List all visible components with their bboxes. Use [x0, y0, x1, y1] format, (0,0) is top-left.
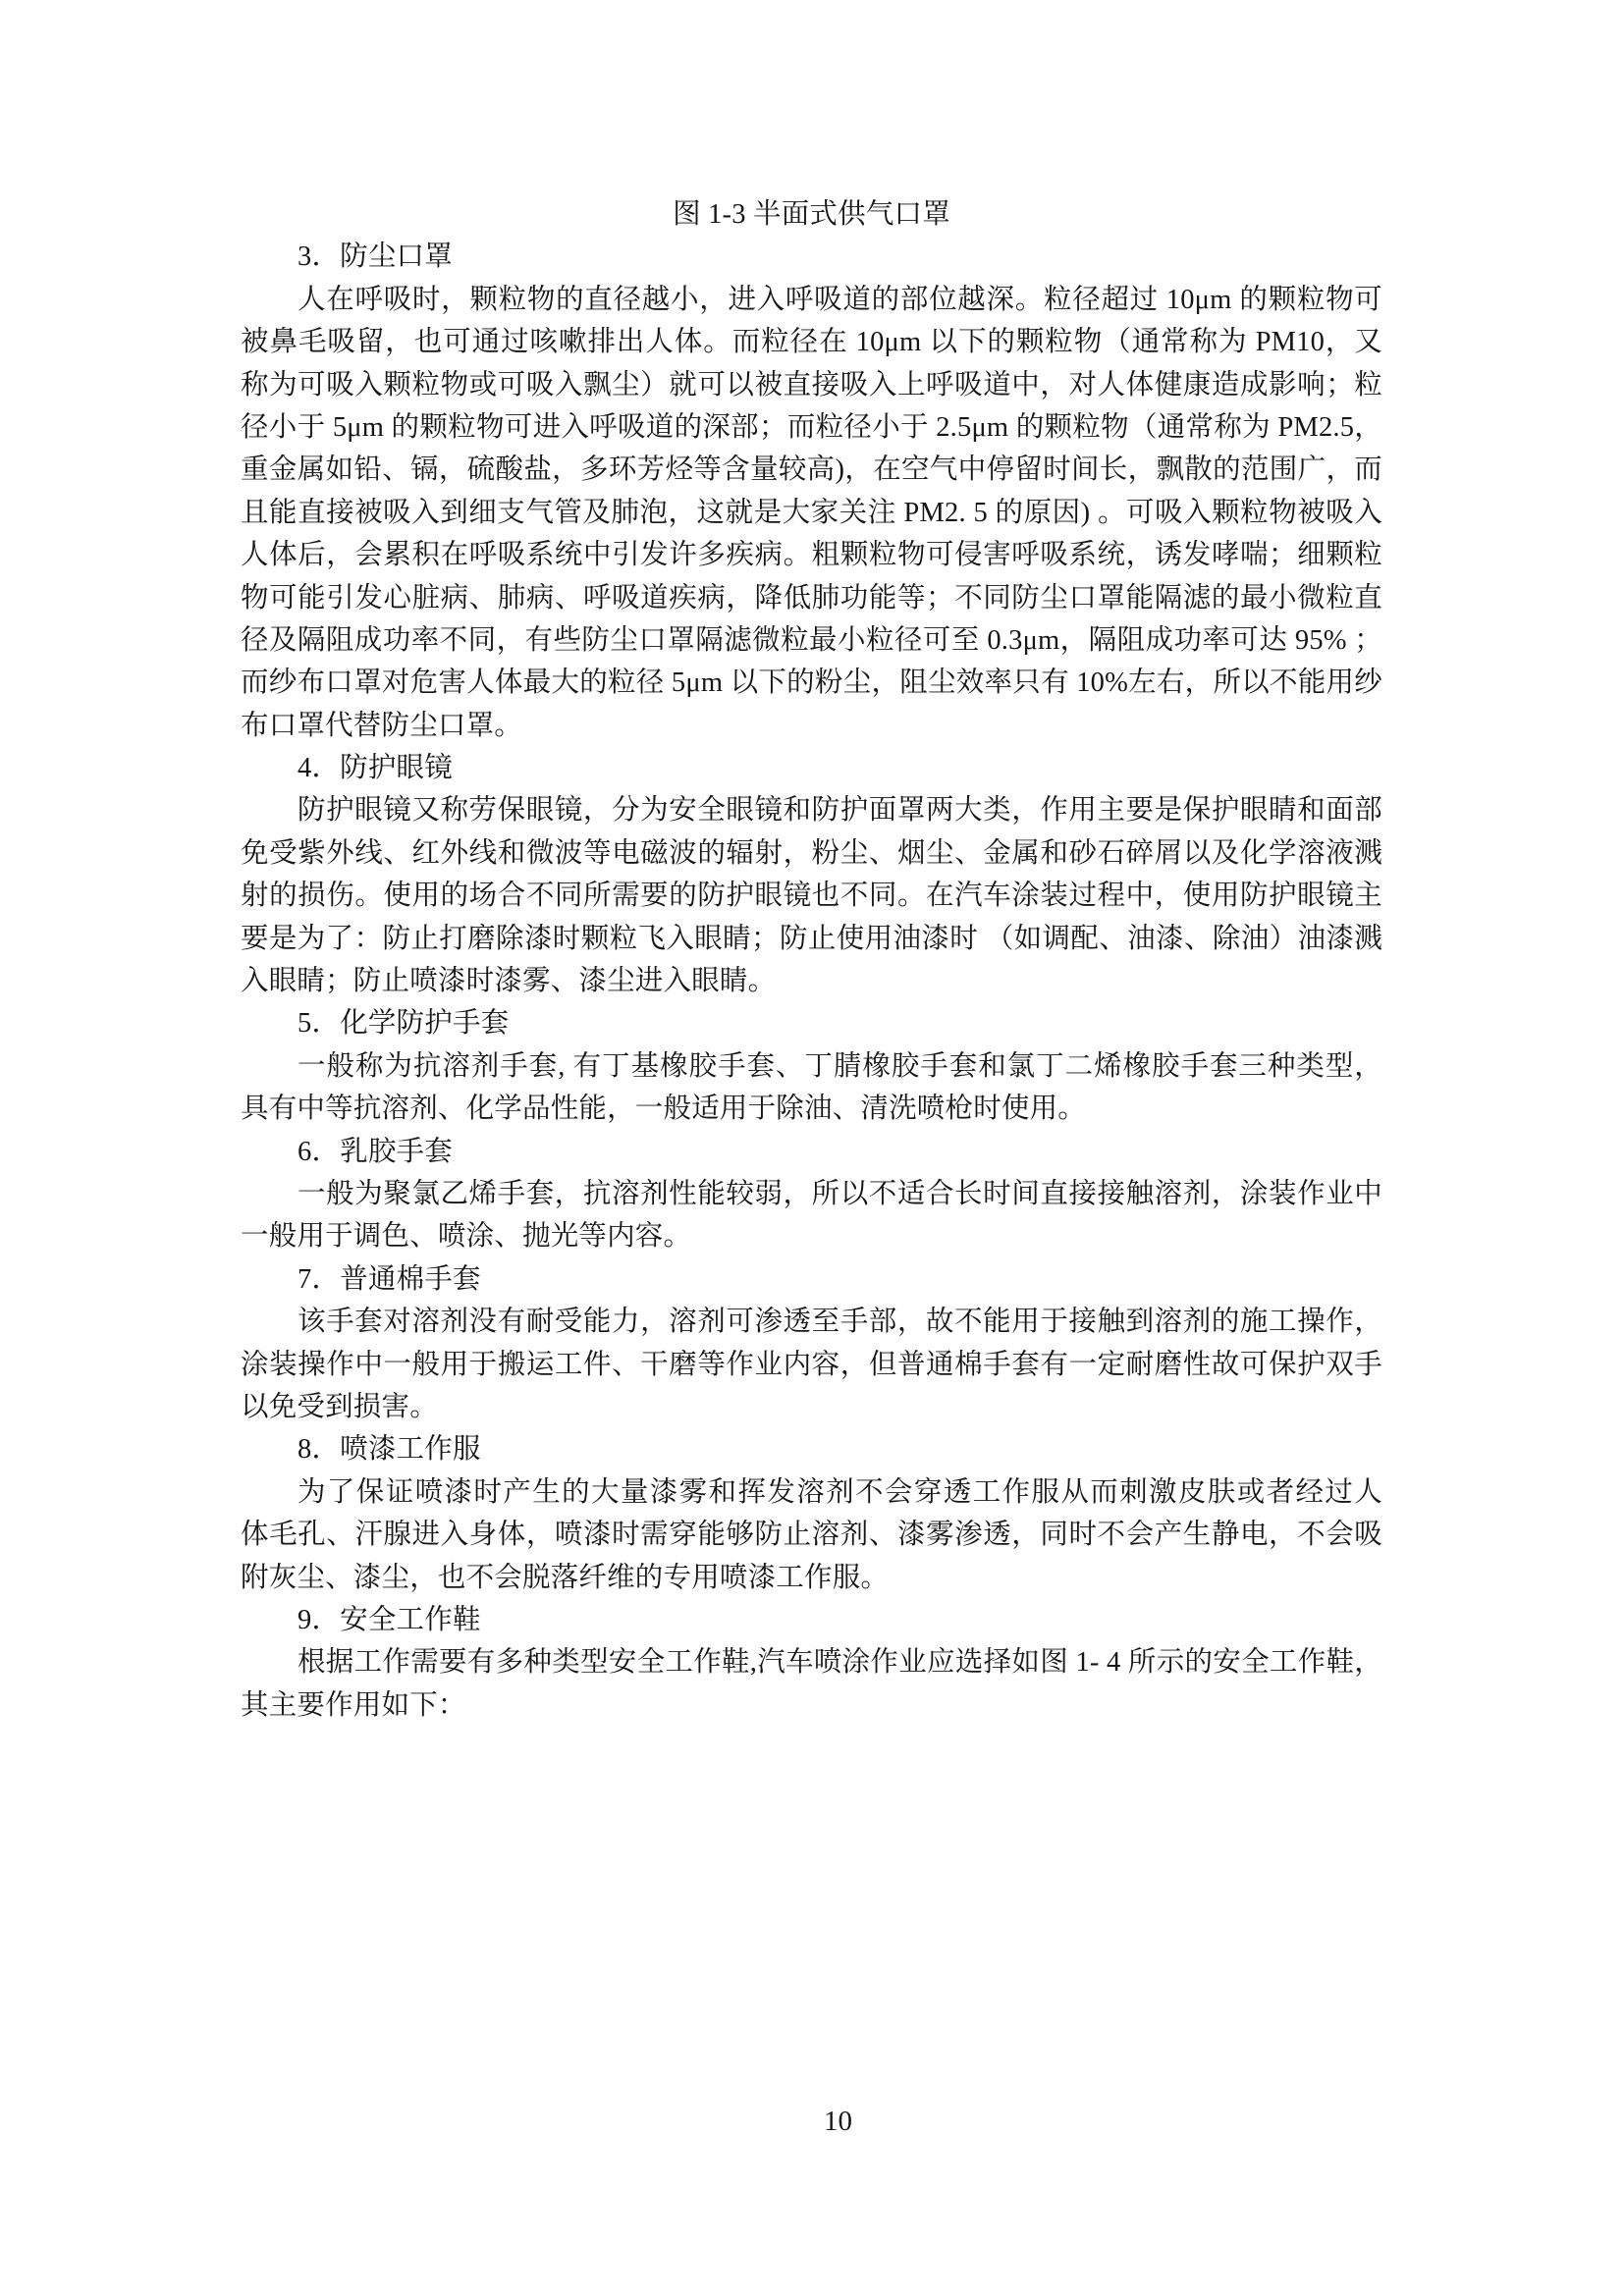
section-heading-latex-gloves: 6．乳胶手套	[241, 1131, 1382, 1173]
body-line: 被鼻毛吸留，也可通过咳嗽排出人体。而粒径在 10μm 以下的颗粒物（通常称为 P…	[241, 321, 1382, 363]
body-line: 称为可吸入颗粒物或可吸入飘尘）就可以被直接吸入上呼吸道中，对人体健康造成影响；粒	[241, 364, 1382, 406]
body-line: 以免受到损害。	[241, 1386, 1382, 1428]
body-line: 且能直接被吸入到细支气管及肺泡，这就是大家关注 PM2. 5 的原因) 。可吸入…	[241, 492, 1382, 534]
body-line: 根据工作需要有多种类型安全工作鞋,汽车喷涂作业应选择如图 1- 4 所示的安全工…	[241, 1641, 1382, 1683]
body-line: 涂装操作中一般用于搬运工件、干磨等作业内容，但普通棉手套有一定耐磨性故可保护双手	[241, 1344, 1382, 1386]
document-page: 图 1-3 半面式供气口罩 3．防尘口罩 人在呼吸时，颗粒物的直径越小，进入呼吸…	[0, 0, 1624, 2296]
body-line: 入眼睛；防止喷漆时漆雾、漆尘进入眼睛。	[241, 960, 1382, 1002]
page-number: 10	[241, 2102, 1435, 2141]
section-heading-paint-workwear: 8．喷漆工作服	[241, 1428, 1382, 1470]
body-line: 人在呼吸时，颗粒物的直径越小，进入呼吸道的部位越深。粒径超过 10μm 的颗粒物…	[241, 279, 1382, 321]
body-line: 物可能引发心脏病、肺病、呼吸道疾病，降低肺功能等；不同防尘口罩能隔滤的最小微粒直	[241, 577, 1382, 619]
body-line: 径小于 5μm 的颗粒物可进入呼吸道的深部；而粒径小于 2.5μm 的颗粒物（通…	[241, 406, 1382, 449]
body-line: 一般用于调色、喷涂、抛光等内容。	[241, 1215, 1382, 1257]
section-heading-safety-glasses: 4．防护眼镜	[241, 747, 1382, 789]
section-heading-cotton-gloves: 7．普通棉手套	[241, 1258, 1382, 1301]
section-heading-chemical-gloves: 5．化学防护手套	[241, 1002, 1382, 1044]
body-line: 具有中等抗溶剂、化学品性能，一般适用于除油、清洗喷枪时使用。	[241, 1088, 1382, 1130]
body-line: 其主要作用如下：	[241, 1684, 1382, 1727]
body-line: 一般称为抗溶剂手套, 有丁基橡胶手套、丁腈橡胶手套和氯丁二烯橡胶手套三种类型，	[241, 1045, 1382, 1088]
body-line: 而纱布口罩对危害人体最大的粒径 5μm 以下的粉尘，阻尘效率只有 10%左右，所…	[241, 662, 1382, 704]
section-heading-safety-shoes: 9．安全工作鞋	[241, 1599, 1382, 1641]
body-line: 要是为了：防止打磨除漆时颗粒飞入眼睛；防止使用油漆时 （如调配、油漆、除油）油漆…	[241, 918, 1382, 960]
body-line: 免受紫外线、红外线和微波等电磁波的辐射，粉尘、烟尘、金属和砂石碎屑以及化学溶液溅	[241, 832, 1382, 875]
figure-caption: 图 1-3 半面式供气口罩	[241, 193, 1382, 236]
text-block: 图 1-3 半面式供气口罩 3．防尘口罩 人在呼吸时，颗粒物的直径越小，进入呼吸…	[241, 193, 1382, 1727]
section-heading-dust-mask: 3．防尘口罩	[241, 236, 1382, 278]
body-line: 一般为聚氯乙烯手套，抗溶剂性能较弱，所以不适合长时间直接接触溶剂，涂装作业中	[241, 1173, 1382, 1215]
body-line: 重金属如铅、镉，硫酸盐，多环芳烃等含量较高)，在空气中停留时间长，飘散的范围广，…	[241, 449, 1382, 491]
body-line: 体毛孔、汗腺进入身体，喷漆时需穿能够防止溶剂、漆雾渗透，同时不会产生静电，不会吸	[241, 1514, 1382, 1556]
body-line: 径及隔阻成功率不同，有些防尘口罩隔滤微粒最小粒径可至 0.3μm，隔阻成功率可达…	[241, 619, 1382, 662]
body-line: 人体后，会累积在呼吸系统中引发许多疾病。粗颗粒物可侵害呼吸系统，诱发哮喘；细颗粒	[241, 534, 1382, 576]
body-line: 布口罩代替防尘口罩。	[241, 705, 1382, 747]
body-line: 为了保证喷漆时产生的大量漆雾和挥发溶剂不会穿透工作服从而刺激皮肤或者经过人	[241, 1471, 1382, 1514]
body-line: 该手套对溶剂没有耐受能力，溶剂可渗透至手部，故不能用于接触到溶剂的施工操作，	[241, 1301, 1382, 1343]
body-line: 射的损伤。使用的场合不同所需要的防护眼镜也不同。在汽车涂装过程中，使用防护眼镜主	[241, 875, 1382, 917]
body-line: 附灰尘、漆尘，也不会脱落纤维的专用喷漆工作服。	[241, 1557, 1382, 1599]
body-line: 防护眼镜又称劳保眼镜，分为安全眼镜和防护面罩两大类，作用主要是保护眼睛和面部	[241, 789, 1382, 831]
